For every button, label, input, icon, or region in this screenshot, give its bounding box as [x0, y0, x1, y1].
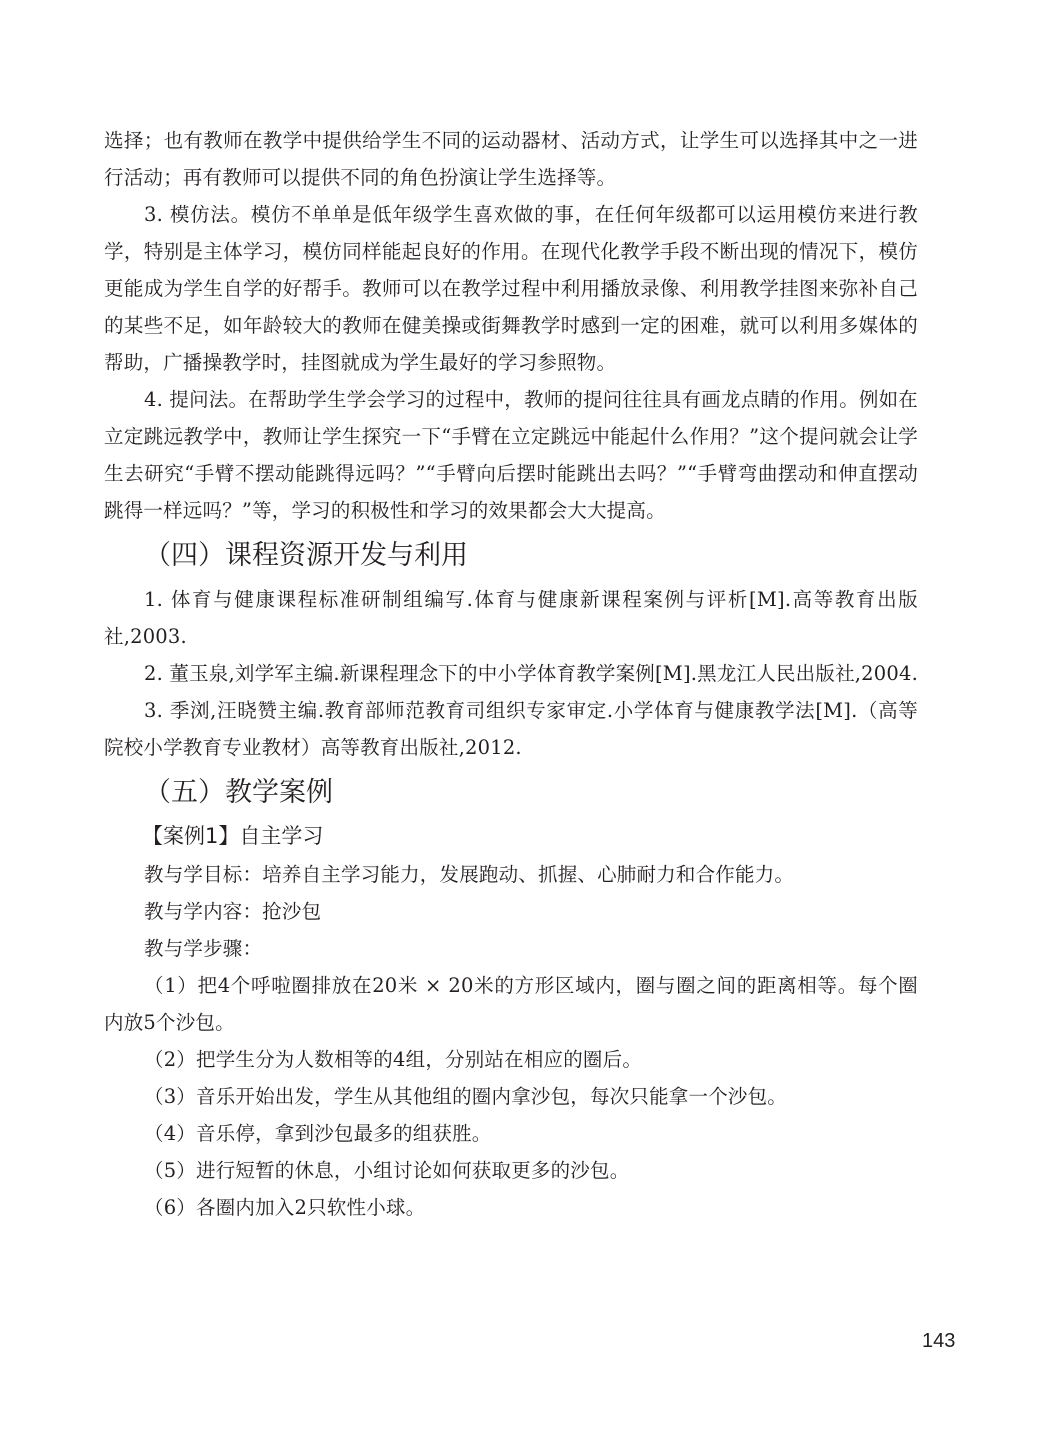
reference-item: 2. 董玉泉,刘学军主编.新课程理念下的中小学体育教学案例[M].黑龙江人民出版… [104, 655, 918, 692]
page-number: 143 [922, 1330, 955, 1353]
case-title: 【案例1】自主学习 [104, 818, 918, 854]
document-page: 选择；也有教师在教学中提供给学生不同的运动器材、活动方式，让学生可以选择其中之一… [104, 122, 918, 1226]
reference-item: 1. 体育与健康课程标准研制组编写.体育与健康新课程案例与评析[M].高等教育出… [104, 581, 918, 655]
section-heading-course-resources: （四）课程资源开发与利用 [104, 537, 918, 575]
paragraph-selection-continued: 选择；也有教师在教学中提供给学生不同的运动器材、活动方式，让学生可以选择其中之一… [104, 122, 918, 196]
paragraph-imitation-method: 3. 模仿法。模仿不单单是低年级学生喜欢做的事，在任何年级都可以运用模仿来进行教… [104, 196, 918, 381]
case-goal: 教与学目标：培养自主学习能力，发展跑动、抓握、心肺耐力和合作能力。 [104, 856, 918, 893]
case-content: 教与学内容：抢沙包 [104, 893, 918, 930]
case-step: （6）各圈内加入2只软性小球。 [104, 1189, 918, 1226]
case-steps-label: 教与学步骤： [104, 930, 918, 967]
case-step: （1）把4个呼啦圈排放在20米 × 20米的方形区域内，圈与圈之间的距离相等。每… [104, 967, 918, 1041]
case-step: （2）把学生分为人数相等的4组，分别站在相应的圈后。 [104, 1041, 918, 1078]
case-step: （3）音乐开始出发，学生从其他组的圈内拿沙包，每次只能拿一个沙包。 [104, 1078, 918, 1115]
paragraph-questioning-method: 4. 提问法。在帮助学生学会学习的过程中，教师的提问往往具有画龙点睛的作用。例如… [104, 381, 918, 529]
section-heading-teaching-cases: （五）教学案例 [104, 774, 918, 812]
case-step: （4）音乐停，拿到沙包最多的组获胜。 [104, 1115, 918, 1152]
reference-item: 3. 季浏,汪晓赞主编.教育部师范教育司组织专家审定.小学体育与健康教学法[M]… [104, 692, 918, 766]
case-step: （5）进行短暂的休息，小组讨论如何获取更多的沙包。 [104, 1152, 918, 1189]
